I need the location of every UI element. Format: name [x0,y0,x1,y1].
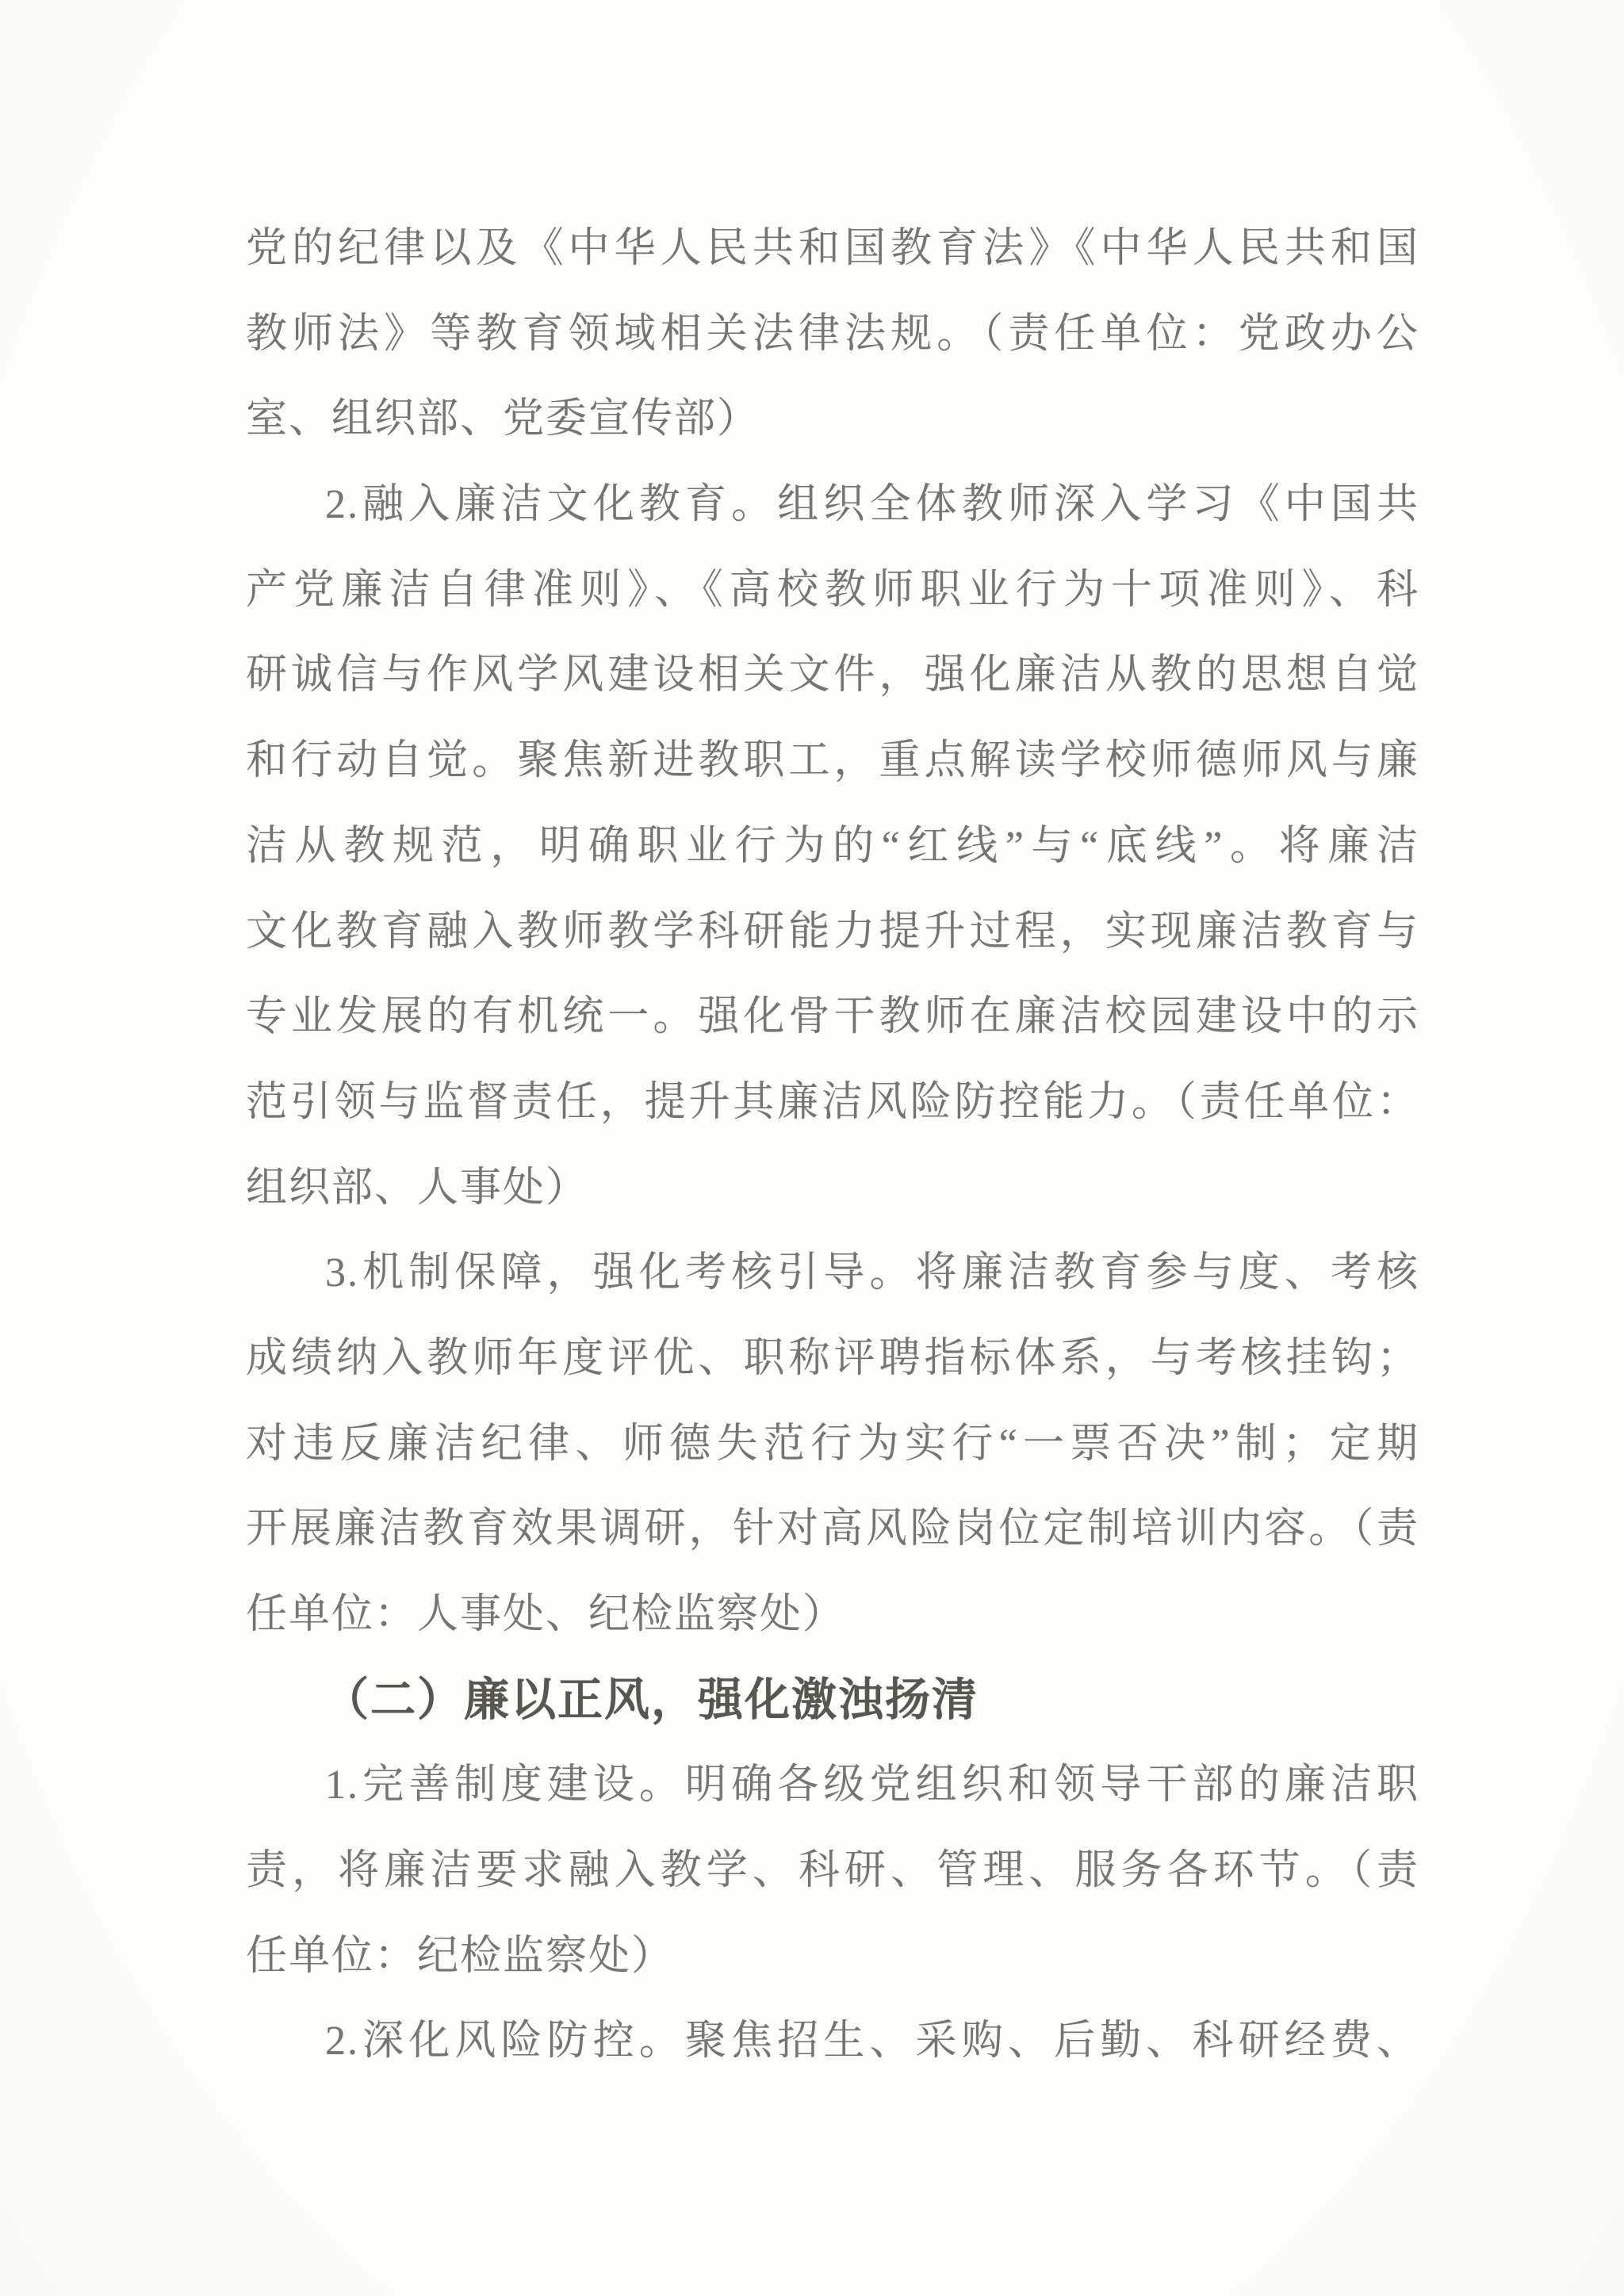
text-line: 教师法》等教育领域相关法律法规。（责任单位：党政办公 [246,292,1419,377]
text-line: 3.机制保障，强化考核引导。将廉洁教育参与度、考核 [246,1230,1419,1316]
text-line: 任单位：人事处、纪检监察处） [246,1572,1419,1658]
text-line: 洁从教规范，明确职业行为的“红线”与“底线”。将廉洁 [246,804,1419,890]
text-line: 责，将廉洁要求融入教学、科研、管理、服务各环节。（责 [246,1828,1419,1914]
text-line: 专业发展的有机统一。强化骨干教师在廉洁校园建设中的示 [246,974,1419,1060]
text-line: 任单位：纪检监察处） [246,1914,1419,1999]
text-line: 开展廉洁教育效果调研，针对高风险岗位定制培训内容。（责 [246,1487,1419,1572]
text-line: 成绩纳入教师年度评优、职称评聘指标体系，与考核挂钩； [246,1316,1419,1402]
text-line: 组织部、人事处） [246,1146,1419,1231]
text-line: 室、组织部、党委宣传部） [246,377,1419,462]
document-body: 党的纪律以及《中华人民共和国教育法》《中华人民共和国教师法》等教育领域相关法律法… [246,206,1419,2084]
text-line: 文化教育融入教师教学科研能力提升过程，实现廉洁教育与 [246,890,1419,975]
text-line: 对违反廉洁纪律、师德失范行为实行“一票否决”制；定期 [246,1402,1419,1487]
document-page: 党的纪律以及《中华人民共和国教育法》《中华人民共和国教师法》等教育领域相关法律法… [0,0,1624,2296]
text-line: 研诚信与作风学风建设相关文件，强化廉洁从教的思想自觉 [246,633,1419,718]
text-line: 2.深化风险防控。聚焦招生、采购、后勤、科研经费、 [246,1999,1419,2084]
text-line: 2.融入廉洁文化教育。组织全体教师深入学习《中国共 [246,462,1419,548]
section-heading: （二）廉以正风，强化激浊扬清 [246,1658,1419,1743]
text-line: 产党廉洁自律准则》、《高校教师职业行为十项准则》、科 [246,548,1419,633]
text-line: 1.完善制度建设。明确各级党组织和领导干部的廉洁职 [246,1743,1419,1828]
text-line: 范引领与监督责任，提升其廉洁风险防控能力。（责任单位： [246,1060,1419,1146]
text-line: 和行动自觉。聚焦新进教职工，重点解读学校师德师风与廉 [246,718,1419,804]
text-line: 党的纪律以及《中华人民共和国教育法》《中华人民共和国 [246,206,1419,292]
